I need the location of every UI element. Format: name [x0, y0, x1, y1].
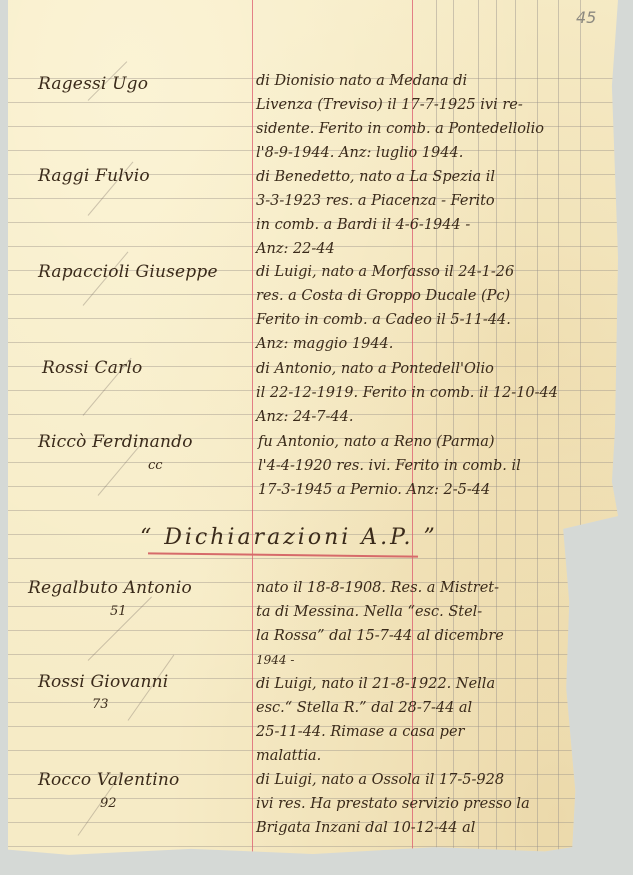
detail-line: di Luigi, nato a Ossola il 17-5-928 — [256, 768, 530, 792]
detail-line: l'4-4-1920 res. ivi. Ferito in comb. il — [258, 454, 521, 478]
entry-detail: di Benedetto, nato a La Spezia il 3-3-19… — [256, 165, 495, 261]
detail-line: Anz: 22-44 — [256, 237, 495, 261]
entry-detail: di Antonio, nato a Pontedell'Olio il 22-… — [256, 357, 558, 429]
detail-line: ta di Messina. Nella “esc. Stel- — [256, 600, 504, 624]
detail-line: di Benedetto, nato a La Spezia il — [256, 165, 495, 189]
declaration-number: 73 — [92, 697, 109, 712]
entry-detail: fu Antonio, nato a Reno (Parma) l'4-4-19… — [258, 430, 521, 502]
entry-name: Ragessi Ugo — [38, 74, 148, 94]
detail-line: di Luigi, nato il 21-8-1922. Nella — [256, 672, 495, 696]
ruling-line — [8, 558, 618, 559]
entry-name: Rapaccioli Giuseppe — [38, 262, 218, 282]
detail-line: Brigata Inzani dal 10-12-44 al — [256, 816, 530, 840]
declaration-name: Regalbuto Antonio — [28, 578, 192, 598]
detail-line: di Antonio, nato a Pontedell'Olio — [256, 357, 558, 381]
entry-detail: di Luigi, nato a Morfasso il 24-1-26 res… — [256, 260, 514, 356]
declaration-number: 92 — [100, 796, 117, 811]
detail-line: 3-3-1923 res. a Piacenza - Ferito — [256, 189, 495, 213]
page-number: 45 — [576, 8, 596, 27]
declaration-detail: di Luigi, nato il 21-8-1922. Nella esc.“… — [256, 672, 495, 768]
detail-line: 17-3-1945 a Pernio. Anz: 2-5-44 — [258, 478, 521, 502]
entry-number: cc — [148, 458, 163, 473]
detail-line: nato il 18-8-1908. Res. a Mistret- — [256, 576, 504, 600]
detail-line: malattia. — [256, 744, 495, 768]
declaration-detail: di Luigi, nato a Ossola il 17-5-928 ivi … — [256, 768, 530, 840]
detail-line: res. a Costa di Groppo Ducale (Pc) — [256, 284, 514, 308]
column-line — [558, 0, 559, 860]
ruling-line — [8, 510, 618, 511]
detail-line: Anz: 24-7-44. — [256, 405, 558, 429]
detail-line: Ferito in comb. a Cadeo il 5-11-44. — [256, 308, 514, 332]
detail-line: 1944 - — [256, 648, 504, 672]
detail-line: Livenza (Treviso) il 17-7-1925 ivi re- — [256, 93, 544, 117]
detail-line: ivi res. Ha prestato servizio presso la — [256, 792, 530, 816]
entry-name: Raggi Fulvio — [38, 166, 150, 186]
detail-line: Anz: maggio 1944. — [256, 332, 514, 356]
declaration-number: 51 — [110, 604, 127, 619]
detail-line: fu Antonio, nato a Reno (Parma) — [258, 430, 521, 454]
ruling-line — [8, 846, 618, 847]
detail-line: 25-11-44. Rimase a casa per — [256, 720, 495, 744]
section-heading: “ Dichiarazioni A.P. ” — [140, 525, 438, 550]
detail-line: di Luigi, nato a Morfasso il 24-1-26 — [256, 260, 514, 284]
entry-detail: di Dionisio nato a Medana di Livenza (Tr… — [256, 69, 544, 165]
detail-line: il 22-12-1919. Ferito in comb. il 12-10-… — [256, 381, 558, 405]
entry-name: Rossi Carlo — [42, 358, 142, 378]
declaration-name: Rocco Valentino — [38, 770, 179, 790]
entry-name: Riccò Ferdinando — [38, 432, 193, 452]
declaration-name: Rossi Giovanni — [38, 672, 168, 692]
detail-line: la Rossa” dal 15-7-44 al dicembre — [256, 624, 504, 648]
detail-line: di Dionisio nato a Medana di — [256, 69, 544, 93]
detail-line: sidente. Ferito in comb. a Pontedellolio — [256, 117, 544, 141]
detail-line: esc.“ Stella R.” dal 28-7-44 al — [256, 696, 495, 720]
column-line — [580, 0, 581, 860]
detail-line: in comb. a Bardi il 4-6-1944 - — [256, 213, 495, 237]
margin-line — [252, 0, 253, 860]
declaration-detail: nato il 18-8-1908. Res. a Mistret- ta di… — [256, 576, 504, 672]
detail-line: l'8-9-1944. Anz: luglio 1944. — [256, 141, 544, 165]
